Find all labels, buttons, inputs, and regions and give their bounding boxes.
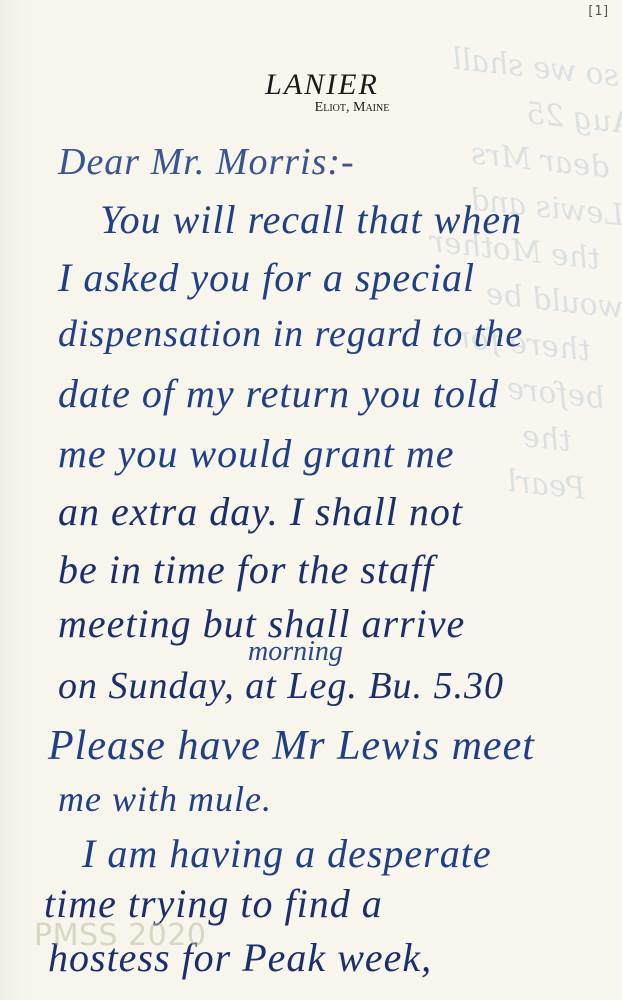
letter-line: me with mule. <box>58 778 272 820</box>
letter-page: so we shall Aug 25 dear Mrs Lewis and th… <box>0 0 622 1000</box>
letter-line: an extra day. I shall not <box>58 488 463 535</box>
letter-line: You will recall that when <box>100 196 522 243</box>
salutation: Dear Mr. Morris:- <box>58 140 355 184</box>
letter-line: I asked you for a special <box>58 254 475 301</box>
letter-line: me you would grant me <box>58 430 455 477</box>
letter-line: on Sunday, at Leg. Bu. 5.30 <box>58 664 504 708</box>
letter-line: dispensation in regard to the <box>58 312 523 356</box>
page-number: [1] <box>587 4 610 19</box>
letter-line: Please have Mr Lewis meet <box>48 722 535 770</box>
archive-watermark: PMSS 2020 <box>34 918 206 953</box>
letterhead-location: Eliot, Maine <box>292 100 412 116</box>
letterhead-name: LANIER <box>232 70 412 100</box>
letter-line: date of my return you told <box>58 370 499 417</box>
letter-line: I am having a desperate <box>82 830 492 877</box>
letter-line: be in time for the staff <box>58 546 434 593</box>
letterhead: LANIER Eliot, Maine <box>232 70 412 116</box>
